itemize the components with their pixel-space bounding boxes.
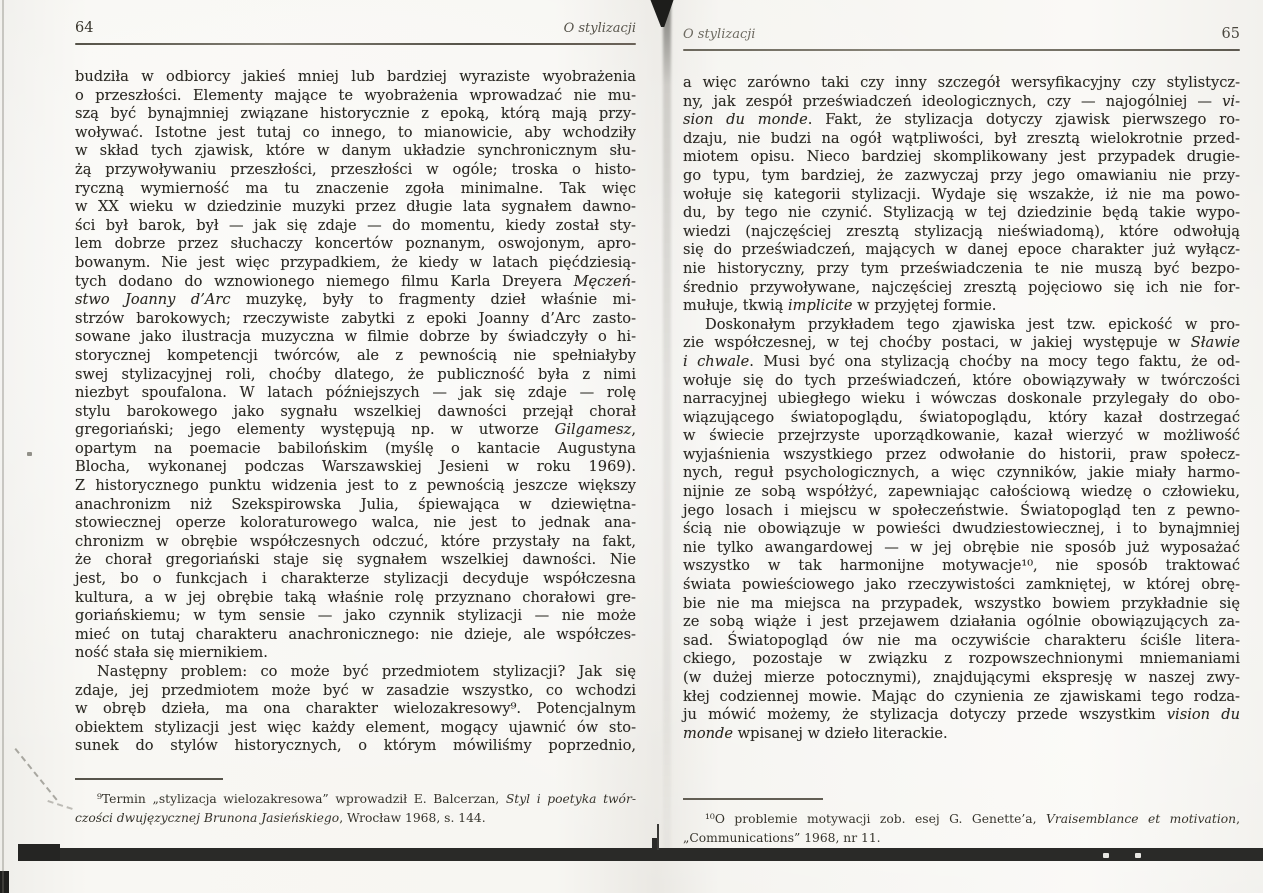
running-title-left: O stylizacji [564,21,636,36]
text-segment: wszystko w tak harmonijne motywacje¹⁰, n… [683,557,1240,574]
text-segment: stylu barokowego jako sygnału wszelkiej … [75,403,636,420]
text-line: wyjaśnienia wszystkiego przez odwołanie … [683,446,1240,465]
scan-edge-line [2,0,4,893]
text-segment: nie tylko awangardowej — w jej obrębie n… [683,539,1240,556]
italic-segment: Sławie [1191,334,1240,351]
text-line: ze sobą wiąże i jest przejawem działania… [683,613,1240,632]
text-line: stwo Joanny d’Arc muzykę, były to fragme… [75,291,636,310]
text-segment: du, by tego nie czynić. Stylizacją w tej… [683,204,1240,221]
text-line: zdaje, jej przedmiotem może być w zasadz… [75,682,636,701]
text-line: sion du monde. Fakt, że stylizacja dotyc… [683,111,1240,130]
text-line: szą być bynajmniej związane historycznie… [75,105,636,124]
pencil-mark [47,800,72,810]
pencil-mark [14,748,57,801]
text-line: wiedzi (najczęściej zresztą stylizacją n… [683,223,1240,242]
text-line: mieć on tutaj charakteru anachronicznego… [75,626,636,645]
text-segment: świata powieściowego jako rzeczywistości… [683,576,1240,593]
text-line: zie współczesnej, w tej choćby postaci, … [683,334,1240,353]
text-segment: w XX wieku w dziedzinie muzyki przez dłu… [75,198,636,215]
text-line: wszystko w tak harmonijne motywacje¹⁰, n… [683,557,1240,576]
text-line: niezbyt spoufalona. W latach późniejszyc… [75,384,636,403]
text-segment: strzów barokowych; rzeczywiste zabytki z… [75,310,636,327]
text-segment: sad. Światopogląd ów nie ma oczywiście c… [683,632,1240,649]
text-segment: a więc zarówno taki czy inny szczegół we… [683,74,1240,91]
text-segment: o przeszłości. Elementy mające te wyobra… [75,87,636,104]
text-line: budziła w odbiorcy jakieś mniej lub bard… [75,68,636,87]
text-segment: (w dużej mierze potocznymi), znajdującym… [683,669,1240,686]
text-line: go typu, tym bardziej, że zazwyczaj przy… [683,167,1240,186]
text-segment: , [631,421,636,438]
scan-artifact-bar-end [18,844,60,861]
text-line: i chwale. Musi być ona stylizacją choćby… [683,353,1240,372]
italic-segment: vision du [1167,706,1240,723]
text-segment: zdaje, jej przedmiotem może być w zasadz… [75,682,636,699]
book-gutter-shadow [663,0,671,856]
text-segment: ny, jak zespół przeświadczeń ideologiczn… [683,93,1222,110]
text-line: o przeszłości. Elementy mające te wyobra… [75,87,636,106]
text-line: sunek do stylów historycznych, o którym … [75,737,636,756]
text-line: wołuje się kategorii stylizacji. Wydaje … [683,186,1240,205]
text-line: ny, jak zespół przeświadczeń ideologiczn… [683,93,1240,112]
text-line: swej stylizacyjnej roli, choćby dlatego,… [75,366,636,385]
text-segment: nijnie ze sobą współżyć, zapewniając cał… [683,483,1240,500]
text-line: stowiecznej operze koloraturowego walca,… [75,514,636,533]
text-segment: sowane jako ilustracja muzyczna w filmie… [75,328,636,345]
text-line: nie tylko awangardowej — w jej obrębie n… [683,539,1240,558]
scan-speck [27,452,32,456]
text-line: w świecie przejrzyste uporządkowanie, ka… [683,427,1240,446]
text-segment: w świecie przejrzyste uporządkowanie, ka… [683,427,1240,444]
text-segment: ścią nie obowiązuje w powieści dwudziest… [683,520,1240,537]
text-line: nie historyczny, przy tym przeświadczeni… [683,260,1240,279]
text-segment: goriańskiemu; w tym sensie — jako czynni… [75,607,636,624]
italic-segment: i chwale [683,353,749,370]
header-rule-right [683,49,1240,51]
page-number-left: 64 [75,20,93,36]
text-segment: jego losach i miejscu w społeczeństwie. … [683,502,1240,519]
page-right-footnote: ¹⁰O problemie motywacji zob. esej G. Gen… [683,811,1240,848]
italic-segment: vi- [1222,93,1240,110]
text-segment: storycznej kompetencji twórców, ale z pe… [75,347,636,364]
text-segment: kłej codziennej mowie. Mając do czynieni… [683,688,1240,705]
page-right-footnote-block: ¹⁰O problemie motywacji zob. esej G. Gen… [683,798,1240,848]
text-line: ju mówić możemy, że stylizacja dotyczy p… [683,706,1240,725]
text-line: „Communications” 1968, nr 11. [683,830,1240,849]
text-line: jego losach i miejscu w społeczeństwie. … [683,502,1240,521]
text-line: woływać. Istotne jest tutaj co innego, t… [75,124,636,143]
text-segment: w obręb dzieła, ma ona charakter wieloza… [75,700,636,717]
text-line: w obręb dzieła, ma ona charakter wieloza… [75,700,636,719]
text-segment: budziła w odbiorcy jakieś mniej lub bard… [75,68,636,85]
text-line: ryczną wymierność ma tu znaczenie zgoła … [75,180,636,199]
text-line: gregoriański; jego elementy występują np… [75,421,636,440]
text-line: opartym na poemacie babilońskim (myślę o… [75,440,636,459]
text-line: goriańskiemu; w tym sensie — jako czynni… [75,607,636,626]
text-line: jest, bo o funkcjach i charakterze styli… [75,570,636,589]
text-segment: Doskonałym przykładem tego zjawiska jest… [705,316,1240,333]
text-line: świata powieściowego jako rzeczywistości… [683,576,1240,595]
text-segment: nie historyczny, przy tym przeświadczeni… [683,260,1240,277]
text-segment: lem dobrze przez słuchaczy koncertów poz… [75,235,636,252]
text-line: żą przywoływaniu przeszłości, przeszłośc… [75,161,636,180]
text-line: nijnie ze sobą współżyć, zapewniając cał… [683,483,1240,502]
text-segment: kultura, a w jej obrębie taką właśnie ro… [75,589,636,606]
text-segment: ju mówić możemy, że stylizacja dotyczy p… [683,706,1167,723]
text-segment: żą przywoływaniu przeszłości, przeszłośc… [75,161,636,178]
scan-artifact-hairline [657,824,659,850]
text-line: kłej codziennej mowie. Mając do czynieni… [683,688,1240,707]
text-segment: anachronizm niż Szekspirowska Julia, śpi… [75,496,636,513]
page-left-footnote-block: ⁹Termin „stylizacja wielozakresowa” wpro… [75,778,636,828]
text-line: nych, reguł psychologicznych, a więc czy… [683,464,1240,483]
text-line: a więc zarówno taki czy inny szczegół we… [683,74,1240,93]
text-segment: bowanym. Nie jest więc przypadkiem, że k… [75,254,636,271]
text-line: stylu barokowego jako sygnału wszelkiej … [75,403,636,422]
text-segment: Blocha, wykonanej podczas Warszawskiej J… [75,458,636,475]
text-segment: ści był barok, był — jak się zdaje — do … [75,217,636,234]
page-right: O stylizacji 65 a więc zarówno taki czy … [683,26,1240,743]
text-segment: szą być bynajmniej związane historycznie… [75,105,636,122]
text-segment: wyjaśnienia wszystkiego przez odwołanie … [683,446,1240,463]
text-line: bie nie ma miejsca na przypadek, wszystk… [683,595,1240,614]
text-segment: muzykę, były to fragmenty dzieł właśnie … [231,291,636,308]
page-left-footnote: ⁹Termin „stylizacja wielozakresowa” wpro… [75,791,636,828]
page-right-header: O stylizacji 65 [683,26,1240,46]
book-scan-spread: 64 O stylizacji budziła w odbiorcy jakie… [0,0,1263,893]
text-line: chronizm w obrębie współczesnych odczuć,… [75,533,636,552]
text-segment: sunek do stylów historycznych, o którym … [75,737,636,754]
text-line: wołuje się do tych przeświadczeń, które … [683,372,1240,391]
italic-segment: implicite [788,297,853,314]
scan-artifact-speck [1103,853,1109,858]
text-segment: ryczną wymierność ma tu znaczenie zgoła … [75,180,636,197]
text-segment: że chorał gregoriański staje się sygnałe… [75,551,636,568]
text-segment: mieć on tutaj charakteru anachronicznego… [75,626,636,643]
text-line: strzów barokowych; rzeczywiste zabytki z… [75,310,636,329]
text-segment: niezbyt spoufalona. W latach późniejszyc… [75,384,636,401]
book-gutter-mark [646,0,678,27]
text-line: ści był barok, był — jak się zdaje — do … [75,217,636,236]
text-segment: swej stylizacyjnej roli, choćby dlatego,… [75,366,636,383]
text-segment: zie współczesnej, w tej choćby postaci, … [683,334,1191,351]
text-line: ⁹Termin „stylizacja wielozakresowa” wpro… [75,791,636,810]
text-line: storycznej kompetencji twórców, ale z pe… [75,347,636,366]
text-line: anachronizm niż Szekspirowska Julia, śpi… [75,496,636,515]
text-segment: obiektem stylizacji jest więc każdy elem… [75,719,636,736]
page-number-right: 65 [1222,26,1240,42]
text-segment: „Communications” 1968, nr 11. [683,831,881,845]
text-line: się do przeświadczeń, mających w danej e… [683,241,1240,260]
text-segment: ze sobą wiąże i jest przejawem działania… [683,613,1240,630]
text-segment: stowiecznej operze koloraturowego walca,… [75,514,636,531]
text-segment: ckiego, pozostaje w związku z rozpowszec… [683,650,1240,667]
text-line: kultura, a w jej obrębie taką właśnie ro… [75,589,636,608]
text-line: du, by tego nie czynić. Stylizacją w tej… [683,204,1240,223]
text-segment: wpisanej w dzieło literackie. [733,725,948,742]
text-line: bowanym. Nie jest więc przypadkiem, że k… [75,254,636,273]
italic-segment: czości dwujęzycznej Brunona Jasieńskiego [75,811,339,825]
italic-segment: Styl i poetyka twór- [506,792,636,806]
text-line: Blocha, wykonanej podczas Warszawskiej J… [75,458,636,477]
text-line: tych dodano do wznowionego niemego filmu… [75,273,636,292]
text-segment: ¹⁰O problemie motywacji zob. esej G. Gen… [705,812,1046,826]
text-segment: chronizm w obrębie współczesnych odczuć,… [75,533,636,550]
italic-segment: Męczeń- [574,273,636,290]
text-segment: woływać. Istotne jest tutaj co innego, t… [75,124,636,141]
text-segment: średnio przywoływane, najczęściej zreszt… [683,279,1240,296]
text-line: czości dwujęzycznej Brunona Jasieńskiego… [75,810,636,829]
text-segment: , [1236,812,1240,826]
page-right-body: a więc zarówno taki czy inny szczegół we… [683,74,1240,743]
text-segment: go typu, tym bardziej, że zazwyczaj przy… [683,167,1240,184]
footnote-rule-left [75,778,223,780]
text-segment: miotem opisu. Nieco bardziej skomplikowa… [683,148,1240,165]
text-segment: wiedzi (najczęściej zresztą stylizacją n… [683,223,1240,240]
text-line: obiektem stylizacji jest więc każdy elem… [75,719,636,738]
text-segment: w przyjętej formie. [853,297,997,314]
text-segment: ⁹Termin „stylizacja wielozakresowa” wpro… [97,792,506,806]
italic-segment: sion du monde [683,111,808,128]
text-line: że chorał gregoriański staje się sygnałe… [75,551,636,570]
italic-segment: stwo Joanny d’Arc [75,291,231,308]
text-line: lem dobrze przez słuchaczy koncertów poz… [75,235,636,254]
scan-artifact-speck [1135,853,1141,858]
text-segment: ność stała się miernikiem. [75,644,268,661]
text-segment: Z historycznego punktu widzenia jest to … [75,477,636,494]
text-line: Z historycznego punktu widzenia jest to … [75,477,636,496]
text-segment: mułuje, tkwią [683,297,788,314]
text-line: sad. Światopogląd ów nie ma oczywiście c… [683,632,1240,651]
text-segment: wołuje się kategorii stylizacji. Wydaje … [683,186,1240,203]
running-title-right: O stylizacji [683,27,755,42]
page-left-header: 64 O stylizacji [75,20,636,40]
text-line: narracyjnej ubiegłego wieku i wówczas do… [683,390,1240,409]
text-line: sowane jako ilustracja muzyczna w filmie… [75,328,636,347]
page-left: 64 O stylizacji budziła w odbiorcy jakie… [75,20,636,756]
text-segment: nych, reguł psychologicznych, a więc czy… [683,464,1240,481]
italic-segment: monde [683,725,733,742]
text-line: ¹⁰O problemie motywacji zob. esej G. Gen… [683,811,1240,830]
text-line: miotem opisu. Nieco bardziej skomplikowa… [683,148,1240,167]
text-line: w XX wieku w dziedzinie muzyki przez dłu… [75,198,636,217]
header-rule-left [75,43,636,45]
text-segment: , Wrocław 1968, s. 144. [339,811,485,825]
text-segment: bie nie ma miejsca na przypadek, wszystk… [683,595,1240,612]
text-line: Następny problem: co może być przedmiote… [75,663,636,682]
text-segment: w skład tych zjawisk, które w danym ukła… [75,142,636,159]
text-segment: . Fakt, że stylizacja dotyczy zjawisk pi… [808,111,1240,128]
italic-segment: Gilgamesz [555,421,632,438]
text-line: wiązującego światopoglądu, światopoglądu… [683,409,1240,428]
text-segment: opartym na poemacie babilońskim (myślę o… [75,440,636,457]
text-segment: się do przeświadczeń, mających w danej e… [683,241,1240,258]
text-line: monde wpisanej w dzieło literackie. [683,725,1240,744]
text-line: w skład tych zjawisk, które w danym ukła… [75,142,636,161]
text-line: średnio przywoływane, najczęściej zreszt… [683,279,1240,298]
text-line: Doskonałym przykładem tego zjawiska jest… [683,316,1240,335]
text-segment: wołuje się do tych przeświadczeń, które … [683,372,1240,389]
text-segment: wiązującego światopoglądu, światopoglądu… [683,409,1240,426]
text-segment: Następny problem: co może być przedmiote… [97,663,636,680]
text-segment: jest, bo o funkcjach i charakterze styli… [75,570,636,587]
text-segment: dzaju, nie budzi na ogół wątpliwości, by… [683,130,1240,147]
text-line: ścią nie obowiązuje w powieści dwudziest… [683,520,1240,539]
text-line: ckiego, pozostaje w związku z rozpowszec… [683,650,1240,669]
text-segment: gregoriański; jego elementy występują np… [75,421,555,438]
text-line: ność stała się miernikiem. [75,644,636,663]
text-line: (w dużej mierze potocznymi), znajdującym… [683,669,1240,688]
footnote-rule-right [683,798,823,800]
text-segment: . Musi być ona stylizacją choćby na mocy… [749,353,1240,370]
page-left-body: budziła w odbiorcy jakieś mniej lub bard… [75,68,636,756]
text-segment: narracyjnej ubiegłego wieku i wówczas do… [683,390,1240,407]
italic-segment: Vraisemblance et motivation [1046,812,1236,826]
text-line: mułuje, tkwią implicite w przyjętej form… [683,297,1240,316]
text-segment: tych dodano do wznowionego niemego filmu… [75,273,574,290]
text-line: dzaju, nie budzi na ogół wątpliwości, by… [683,130,1240,149]
